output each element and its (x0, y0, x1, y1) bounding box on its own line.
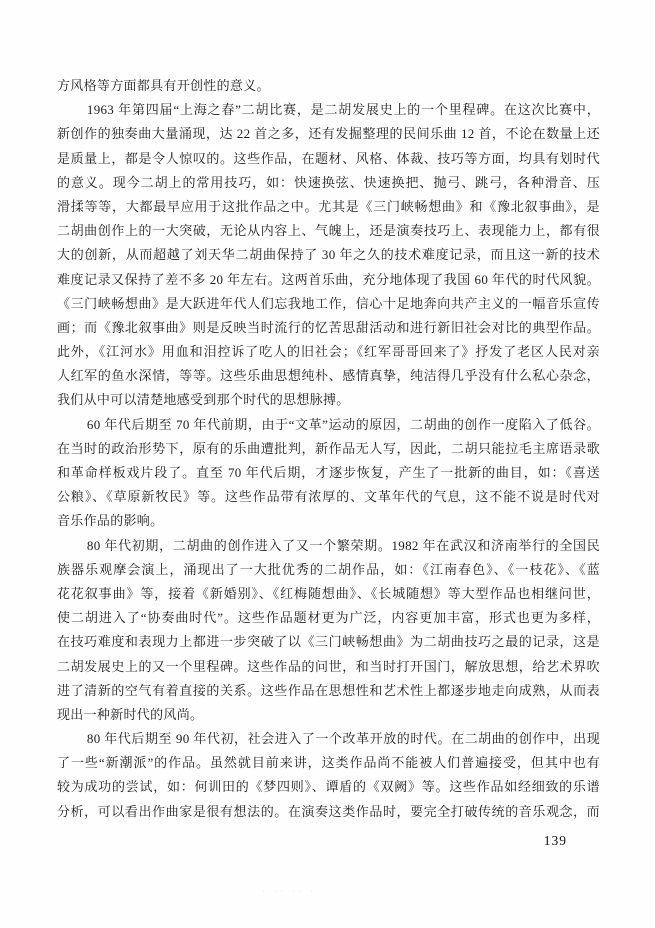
text-line: 音乐作品的影响。 (57, 509, 600, 533)
text-line: 花花叙事曲》等，接着《新婚别》、《红梅随想曲》、《长城随想》等大型作品也相继问世… (57, 582, 600, 606)
text-line: 我们从中可以清楚地感受到那个时代的思想脉搏。 (57, 388, 600, 412)
text-line: 80 年代初期，二胡曲的创作进入了又一个繁荣期。1982 年在武汉和济南举行的全… (57, 534, 600, 558)
text-line: 在技巧难度和表现力上都进一步突破了以《三门峡畅想曲》为二胡曲技巧之最的记录，这是 (57, 630, 600, 654)
scan-artifact: · ·· ·· · (262, 889, 316, 895)
text-line: 人红军的鱼水深情，等等。这些乐曲思想纯朴、感情真挚，纯洁得几乎没有什么私心杂念， (57, 364, 600, 388)
text-line: 族器乐观摩会演上，涌现出了一大批优秀的二胡作品，如：《江南春色》、《一枝花》、《… (57, 558, 600, 582)
text-line: 80 年代后期至 90 年代初，社会进入了一个改革开放的时代。在二胡曲的创作中，… (57, 727, 600, 751)
text-line: 使二胡进入了“协奏曲时代”。这些作品题材更为广泛，内容更加丰富，形式也更为多样， (57, 606, 600, 630)
page-body-text: 方风格等方面都具有开创性的意义。1963 年第四届“上海之春”二胡比赛，是二胡发… (57, 74, 600, 849)
text-line: 较为成功的尝试，如：何训田的《梦四则》、谭盾的《双阙》等。这些作品如经细致的乐谱 (57, 775, 600, 799)
text-line: 新创作的独奏曲大量涌现，达 22 首之多，还有发掘整理的民间乐曲 12 首，不论… (57, 122, 600, 146)
text-line: 1963 年第四届“上海之春”二胡比赛，是二胡发展史上的一个里程碑。在这次比赛中… (57, 98, 600, 122)
text-line: 滑揉等等，大都最早应用于这批作品之中。尤其是《三门峡畅想曲》和《豫北叙事曲》，是 (57, 195, 600, 219)
text-line: 60 年代后期至 70 年代前期，由于“文革”运动的原因，二胡曲的创作一度陷入了… (57, 413, 600, 437)
text-line: 进了清新的空气有着直接的关系。这些作品在思想性和艺术性上都逐步地走向成熟，从而表 (57, 679, 600, 703)
page-number: 139 (57, 833, 600, 849)
text-line: 难度记录又保持了差不多 20 年左右。这两首乐曲，充分地体现了我国 60 年代的… (57, 268, 600, 292)
text-line: 二胡曲创作上的一大突破，无论从内容上、气魄上，还是演奏技巧上、表现能力上，都有很 (57, 219, 600, 243)
text-line: 现出一种新时代的风尚。 (57, 703, 600, 727)
text-line: 此外，《江河水》用血和泪控诉了吃人的旧社会；《红军哥哥回来了》抒发了老区人民对亲 (57, 340, 600, 364)
text-line: 画；而《豫北叙事曲》则是反映当时流行的忆苦思甜活动和进行新旧社会对比的典型作品。 (57, 316, 600, 340)
text-line: 分析，可以看出作曲家是很有想法的。在演奏这类作品时，要完全打破传统的音乐观念，而 (57, 800, 600, 824)
text-line: 是质量上，都是令人惊叹的。这些作品，在题材、风格、体裁、技巧等方面，均具有划时代 (57, 147, 600, 171)
text-line: 了一些“新潮派”的作品。虽然就目前来讲，这类作品尚不能被人们普遍接受，但其中也有 (57, 751, 600, 775)
text-line: 大的创新，从而超越了刘天华二胡曲保持了 30 年之久的技术难度记录，而且这一新的… (57, 243, 600, 267)
text-line: 二胡发展史上的又一个里程碑。这些作品的问世，和当时打开国门，解放思想，给艺术界吹 (57, 655, 600, 679)
text-line: 方风格等方面都具有开创性的意义。 (57, 74, 600, 98)
text-line: 公粮》、《草原新牧民》等。这些作品带有浓厚的、文革年代的气息，这不能不说是时代对 (57, 485, 600, 509)
text-line: 和革命样板戏片段了。直至 70 年代后期，才逐步恢复，产生了一批新的曲目，如：《… (57, 461, 600, 485)
text-line: 的意义。现今二胡上的常用技巧，如：快速换弦、快速换把、抛弓、跳弓，各种滑音、压揉… (57, 171, 600, 195)
book-page: 方风格等方面都具有开创性的意义。1963 年第四届“上海之春”二胡比赛，是二胡发… (0, 0, 655, 928)
text-line: 在当时的政治形势下，原有的乐曲遭批判，新作品无人写，因此，二胡只能拉毛主席语录歌 (57, 437, 600, 461)
text-line: 《三门峡畅想曲》是大跃进年代人们忘我地工作，信心十足地奔向共产主义的一幅音乐宣传 (57, 292, 600, 316)
